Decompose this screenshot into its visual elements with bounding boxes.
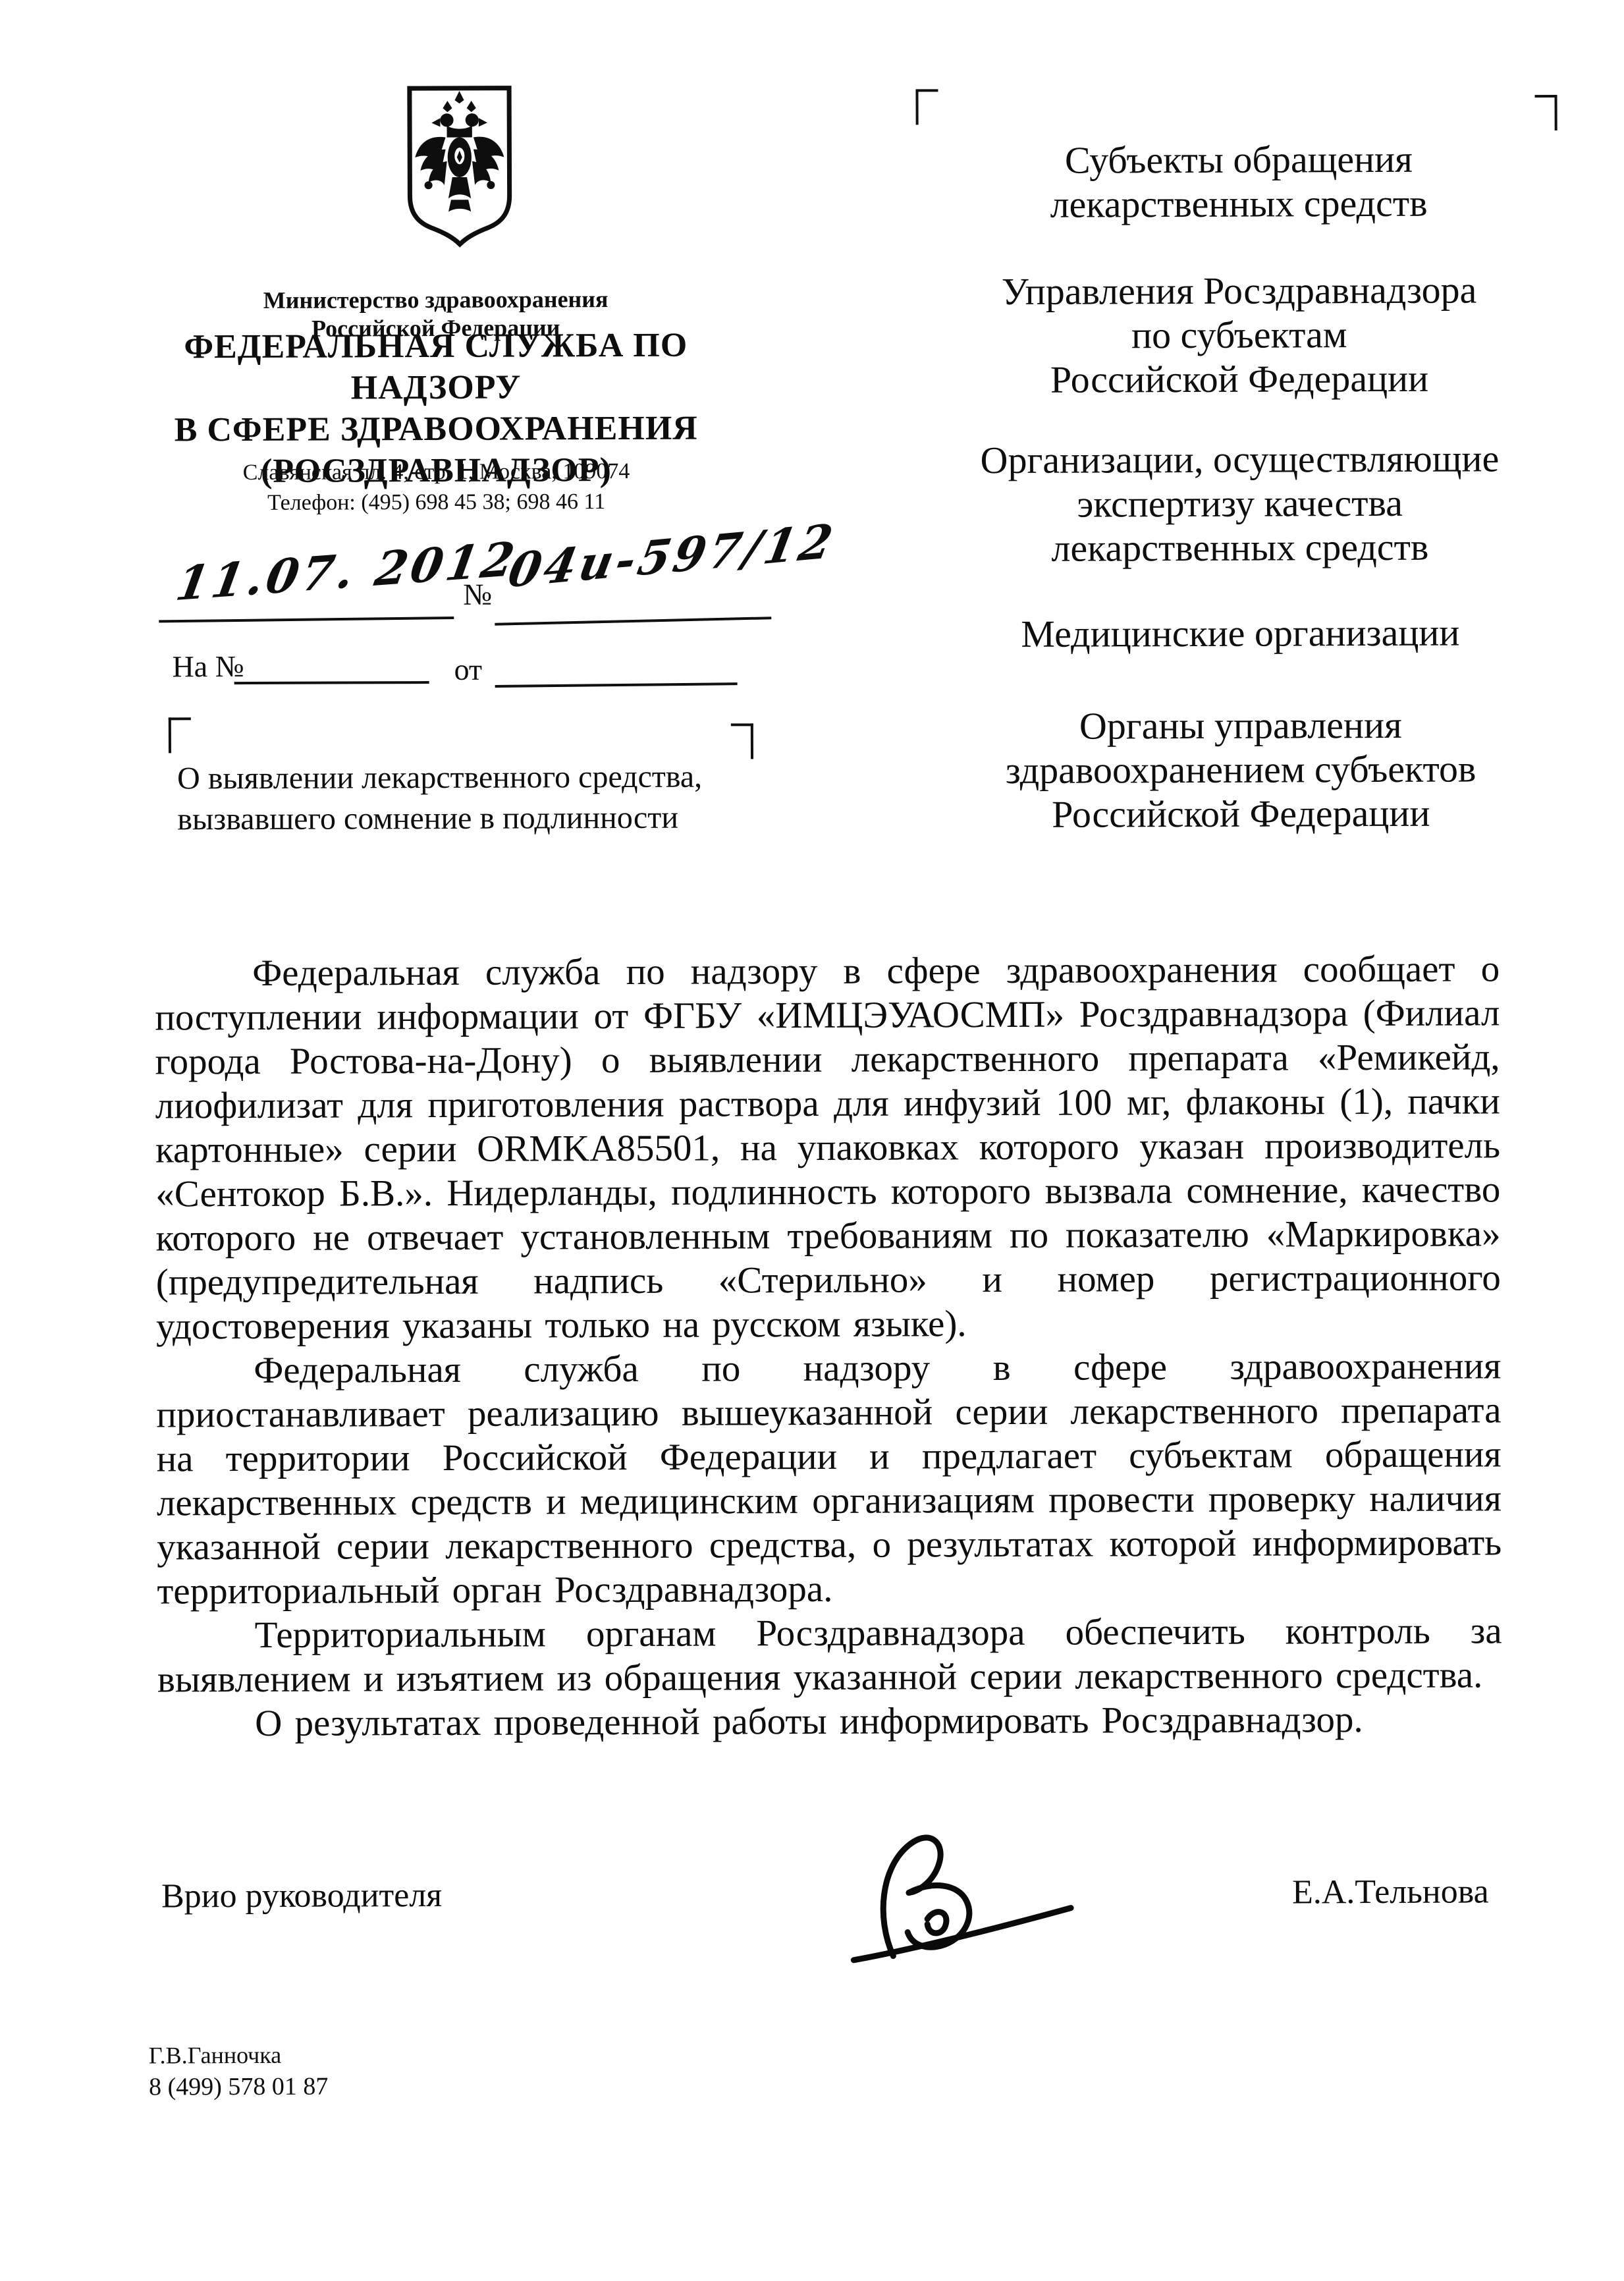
body-paragraph: Федеральная служба по надзору в сфере зд… <box>155 947 1501 1348</box>
outgoing-number-handwritten: 04и-597/12 <box>504 513 840 599</box>
recipient-line: Российской Федерации <box>925 790 1557 837</box>
number-underline <box>495 617 771 626</box>
recipient-line: Управления Росздравнадзора <box>923 267 1555 314</box>
letterhead-address: Славянская пл. 4, стр. 1, Москва, 109074 <box>107 456 765 488</box>
scanned-letter-page: Министерство здравоохранения Российской … <box>0 0 1624 2281</box>
recipient-line: Субъекты обращения <box>923 136 1555 182</box>
signatory-name: Е.А.Тельнова <box>1292 1872 1489 1911</box>
date-underline <box>159 617 454 622</box>
recipient-group: Организации, осуществляющие экспертизу к… <box>923 436 1556 570</box>
reply-number-label: На № <box>172 649 244 684</box>
letter-body: Федеральная служба по надзору в сфере зд… <box>155 947 1502 1745</box>
signatory-title: Врио руководителя <box>161 1876 442 1915</box>
executor-phone: 8 (499) 578 01 87 <box>149 2072 328 2102</box>
recipient-line: Организации, осуществляющие <box>923 436 1556 482</box>
corner-mark-icon <box>731 723 753 759</box>
reply-date-underline <box>495 682 738 688</box>
number-sign: № <box>463 577 492 612</box>
reply-number-underline <box>234 681 429 684</box>
recipient-line: лекарственных средств <box>924 524 1556 570</box>
reply-from-label: от <box>454 652 482 687</box>
subject-line: вызвавшего сомнение в подлинности <box>177 797 770 840</box>
recipient-line: Органы управления <box>925 702 1557 748</box>
subject-line: О выявлении лекарственного средства, <box>177 756 770 799</box>
recipient-group: Управления Росздравнадзора по субъектам … <box>923 267 1556 402</box>
corner-mark-icon <box>169 717 191 753</box>
body-paragraph: Территориальным органам Росздравнадзора … <box>157 1608 1502 1701</box>
ministry-line: Министерство здравоохранения <box>107 285 765 315</box>
recipient-group: Органы управления здравоохранением субъе… <box>925 702 1557 837</box>
recipient-group: Медицинские организации <box>924 610 1556 656</box>
letterhead-contacts: Славянская пл. 4, стр. 1, Москва, 109074… <box>107 456 765 518</box>
service-line: В СФЕРЕ ЗДРАВООХРАНЕНИЯ <box>100 407 772 451</box>
recipient-line: экспертизу качества <box>924 480 1556 526</box>
russia-coat-of-arms-icon <box>405 84 514 250</box>
corner-mark-icon <box>915 89 938 124</box>
recipient-line: лекарственных средств <box>923 180 1555 227</box>
corner-mark-icon <box>1535 95 1557 130</box>
recipient-line: здравоохранением субъектов <box>925 746 1557 792</box>
recipient-line: по субъектам <box>923 312 1556 358</box>
handwritten-signature-icon <box>842 1819 1079 1971</box>
recipient-group: Субъекты обращения лекарственных средств <box>923 136 1555 227</box>
executor-name: Г.В.Ганночка <box>149 2041 281 2070</box>
body-paragraph: О результатах проведенной работы информи… <box>157 1697 1502 1745</box>
recipient-line: Российской Федерации <box>923 356 1556 402</box>
letterhead-phone: Телефон: (495) 698 45 38; 698 46 11 <box>107 486 766 518</box>
recipient-line: Медицинские организации <box>924 610 1556 656</box>
service-line: ФЕДЕРАЛЬНАЯ СЛУЖБА ПО НАДЗОРУ <box>100 324 772 410</box>
letter-subject: О выявлении лекарственного средства, выз… <box>177 756 770 840</box>
body-paragraph: Федеральная служба по надзору в сфере зд… <box>156 1344 1502 1613</box>
